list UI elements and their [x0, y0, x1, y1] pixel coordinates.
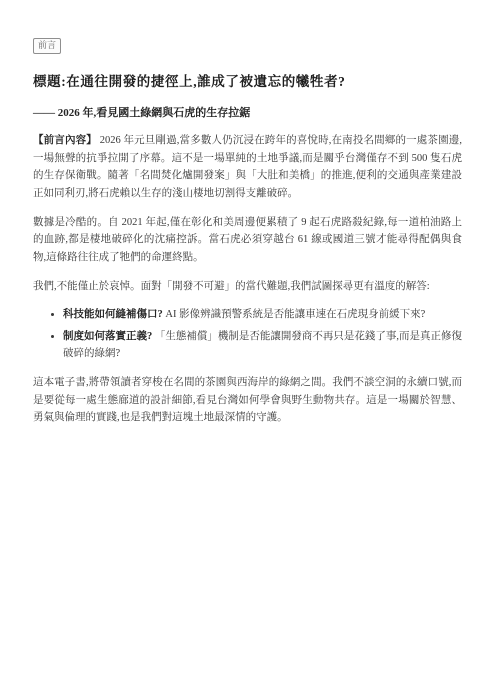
document-page: 前言 標題:在通往開發的捷徑上,誰成了被遺忘的犧牲者? —— 2026 年,看見… — [0, 0, 495, 700]
page-subtitle: —— 2026 年,看見國土綠網與石虎的生存拉鋸 — [33, 106, 462, 121]
paragraph-intro: 【前言內容】 2026 年元旦剛過,當多數人仍沉浸在跨年的喜悅時,在南投名間鄉的… — [33, 132, 462, 203]
bullet-policy-lead: 制度如何落實正義? — [63, 331, 152, 342]
paragraph-question-intro: 我們,不能僅止於哀悼。面對「開發不可避」的當代難題,我們試圖探尋更有溫度的解答: — [33, 278, 462, 296]
chapter-badge: 前言 — [33, 38, 61, 54]
page-title: 標題:在通往開發的捷徑上,誰成了被遺忘的犧牲者? — [33, 72, 462, 92]
bullet-technology-lead: 科技能如何縫補傷口? — [63, 309, 163, 320]
paragraph-intro-lead: 【前言內容】 — [33, 135, 97, 146]
question-list: 科技能如何縫補傷口? AI 影像辨識預警系統是否能讓車速在石虎現身前緩下來? 制… — [33, 306, 462, 363]
bullet-technology-text: AI 影像辨識預警系統是否能讓車速在石虎現身前緩下來? — [165, 309, 425, 320]
list-item-policy: 制度如何落實正義? 「生態補償」機制是否能讓開發商不再只是花錢了事,而是真正修復… — [63, 328, 462, 363]
list-item-technology: 科技能如何縫補傷口? AI 影像辨識預警系統是否能讓車速在石虎現身前緩下來? — [63, 306, 462, 324]
paragraph-closing: 這本電子書,將帶領讀者穿梭在名間的茶園與西海岸的綠網之間。我們不談空洞的永續口號… — [33, 374, 462, 427]
paragraph-statistics: 數據是冷酷的。自 2021 年起,僅在彰化和美周邊便累積了 9 起石虎路殺紀錄,… — [33, 214, 462, 267]
paragraph-intro-text: 2026 年元旦剛過,當多數人仍沉浸在跨年的喜悅時,在南投名間鄉的一處茶園邊,一… — [33, 135, 462, 199]
